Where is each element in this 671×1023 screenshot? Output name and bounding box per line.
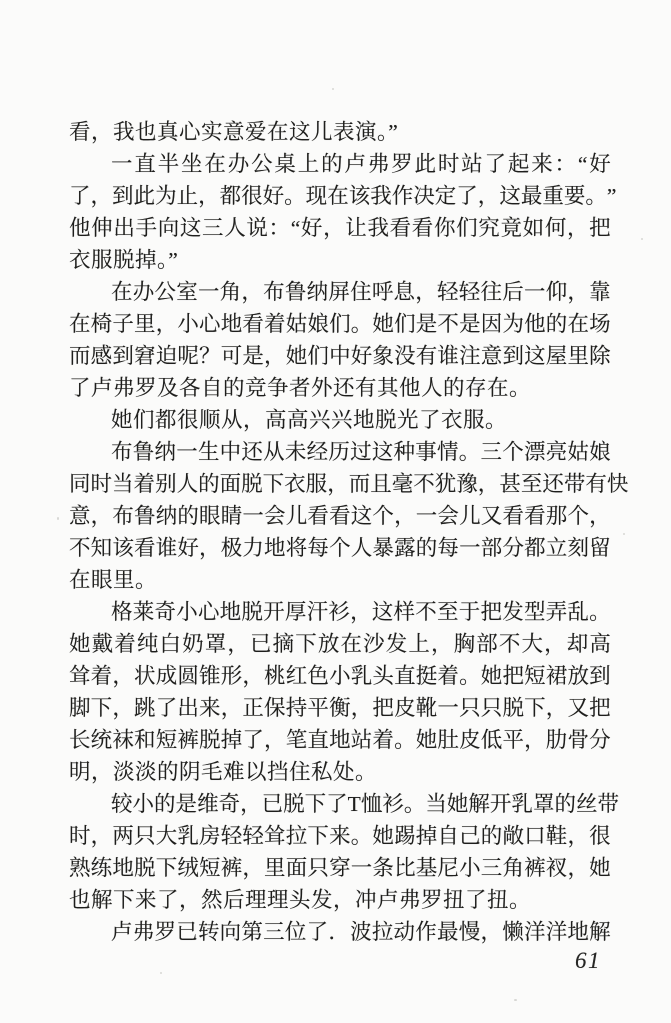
text-line: 一直半坐在办公桌上的卢弗罗此时站了起来：“好 xyxy=(69,148,611,180)
page-number: 61 xyxy=(568,948,608,974)
scan-speck xyxy=(332,88,334,90)
text-line: 了卢弗罗及各自的竞争者外还有其他人的存在。 xyxy=(69,372,611,404)
text-line: 卢弗罗已转向第三位了．波拉动作最慢，懒洋洋地解 xyxy=(69,916,611,948)
text-line: 了，到此为止，都很好。现在该我作决定了，这最重要。” xyxy=(69,180,611,212)
text-line: 熟练地脱下绒短裤，里面只穿一条比基尼小三角裤衩，她 xyxy=(69,852,611,884)
body-text: 看，我也真心实意爱在这儿表演。”一直半坐在办公桌上的卢弗罗此时站了起来：“好了，… xyxy=(69,116,611,948)
text-line: 长统袜和短裤脱掉了，笔直地站着。她肚皮低平，肋骨分 xyxy=(69,724,611,756)
book-page: 看，我也真心实意爱在这儿表演。”一直半坐在办公桌上的卢弗罗此时站了起来：“好了，… xyxy=(0,0,671,1023)
text-line: 明，淡淡的阴毛难以挡住私处。 xyxy=(69,756,611,788)
text-line: 看，我也真心实意爱在这儿表演。” xyxy=(69,116,611,148)
text-line: 耸着，状成圆锥形，桃红色小乳头直挺着。她把短裙放到 xyxy=(69,660,611,692)
scan-speck xyxy=(160,972,162,974)
text-line: 脚下，跳了出来，正保持平衡，把皮靴一只只脱下，又把 xyxy=(69,692,611,724)
scan-speck xyxy=(623,533,625,535)
text-line: 意，布鲁纳的眼睛一会儿看看这个，一会儿又看看那个， xyxy=(69,500,611,532)
text-line: 她们都很顺从，高高兴兴地脱光了衣服。 xyxy=(69,404,611,436)
text-line: 不知该看谁好，极力地将每个人暴露的每一部分都立刻留 xyxy=(69,532,611,564)
text-line: 在眼里。 xyxy=(69,564,611,596)
text-line: 在椅子里，小心地看着姑娘们。她们是不是因为他的在场 xyxy=(69,308,611,340)
scan-speck xyxy=(514,999,517,1001)
text-line: 也解下来了，然后理理头发，冲卢弗罗扭了扭。 xyxy=(69,884,611,916)
text-line: 较小的是维奇，已脱下了T恤衫。当她解开乳罩的丝带 xyxy=(69,788,611,820)
text-line: 布鲁纳一生中还从未经历过这种事情。三个漂亮姑娘 xyxy=(69,436,611,468)
text-line: 她戴着纯白奶罩，已摘下放在沙发上，胸部不大，却高 xyxy=(69,628,611,660)
text-line: 同时当着别人的面脱下衣服，而且毫不犹豫，甚至还带有快 xyxy=(69,468,611,500)
scan-speck xyxy=(57,517,59,520)
text-line: 时，两只大乳房轻轻耸拉下来。她踢掉自己的敞口鞋，很 xyxy=(69,820,611,852)
text-line: 而感到窘迫呢？可是，她们中好象没有谁注意到这屋里除 xyxy=(69,340,611,372)
text-line: 他伸出手向这三人说：“好，让我看看你们究竟如何，把 xyxy=(69,212,611,244)
text-line: 衣服脱掉。” xyxy=(69,244,611,276)
text-line: 在办公室一角，布鲁纳屏住呼息，轻轻往后一仰，靠 xyxy=(69,276,611,308)
scan-speck xyxy=(641,238,643,240)
text-line: 格莱奇小心地脱开厚汗衫，这样不至于把发型弄乱。 xyxy=(69,596,611,628)
